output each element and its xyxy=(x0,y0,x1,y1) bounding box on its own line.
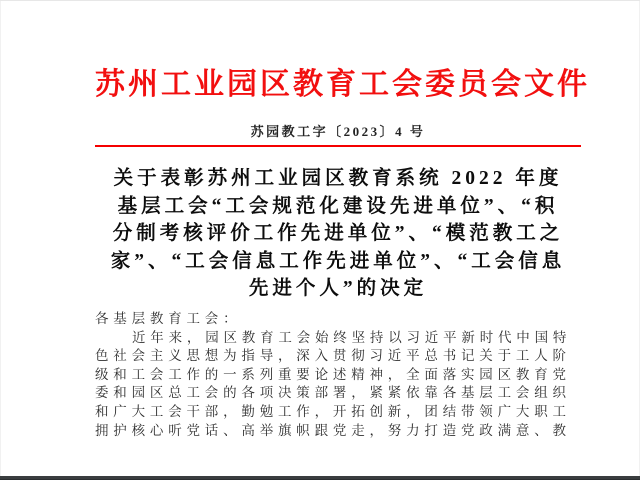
body-line: 委和园区总工会的各项决策部署，紧紧依靠各基层工会组织 xyxy=(95,384,581,403)
red-divider xyxy=(95,145,581,147)
document-title-line: 基层工会“工会规范化建设先进单位”、“积 xyxy=(95,193,581,221)
body-line: 近年来，园区教育工会始终坚持以习近平新时代中国特 xyxy=(95,329,581,348)
body-line: 级和工会工作的一系列重要论述精神，全面落实园区教育党 xyxy=(95,366,581,385)
body-line: 和广大工会干部，勤勉工作，开拓创新，团结带领广大职工 xyxy=(95,403,581,422)
document-title: 关于表彰苏州工业园区教育系统 2022 年度 基层工会“工会规范化建设先进单位”… xyxy=(95,165,581,303)
document-title-line: 分制考核评价工作先进单位”、“模范教工之 xyxy=(95,220,581,248)
body-paragraph: 各基层教育工会： 近年来，园区教育工会始终坚持以习近平新时代中国特 色社会主义思… xyxy=(95,310,581,440)
document-title-line: 家”、“工会信息工作先进单位”、“工会信息 xyxy=(95,248,581,276)
window-bottom-edge xyxy=(0,476,640,480)
document-title-line: 先进个人”的决定 xyxy=(95,275,581,303)
letterhead-title: 苏州工业园区教育工会委员会文件 xyxy=(95,59,581,103)
salutation: 各基层教育工会： xyxy=(95,310,581,329)
document-number: 苏园教工字〔2023〕4 号 xyxy=(95,121,581,140)
page-left-border xyxy=(0,1,1,480)
document-title-line: 关于表彰苏州工业园区教育系统 2022 年度 xyxy=(95,165,581,193)
body-line: 色社会主义思想为指导，深入贯彻习近平总书记关于工人阶 xyxy=(95,347,581,366)
body-line: 拥护核心听党话、高举旗帜跟党走，努力打造党政满意、教 xyxy=(95,422,581,441)
document-page: 苏州工业园区教育工会委员会文件 苏园教工字〔2023〕4 号 关于表彰苏州工业园… xyxy=(0,0,640,480)
